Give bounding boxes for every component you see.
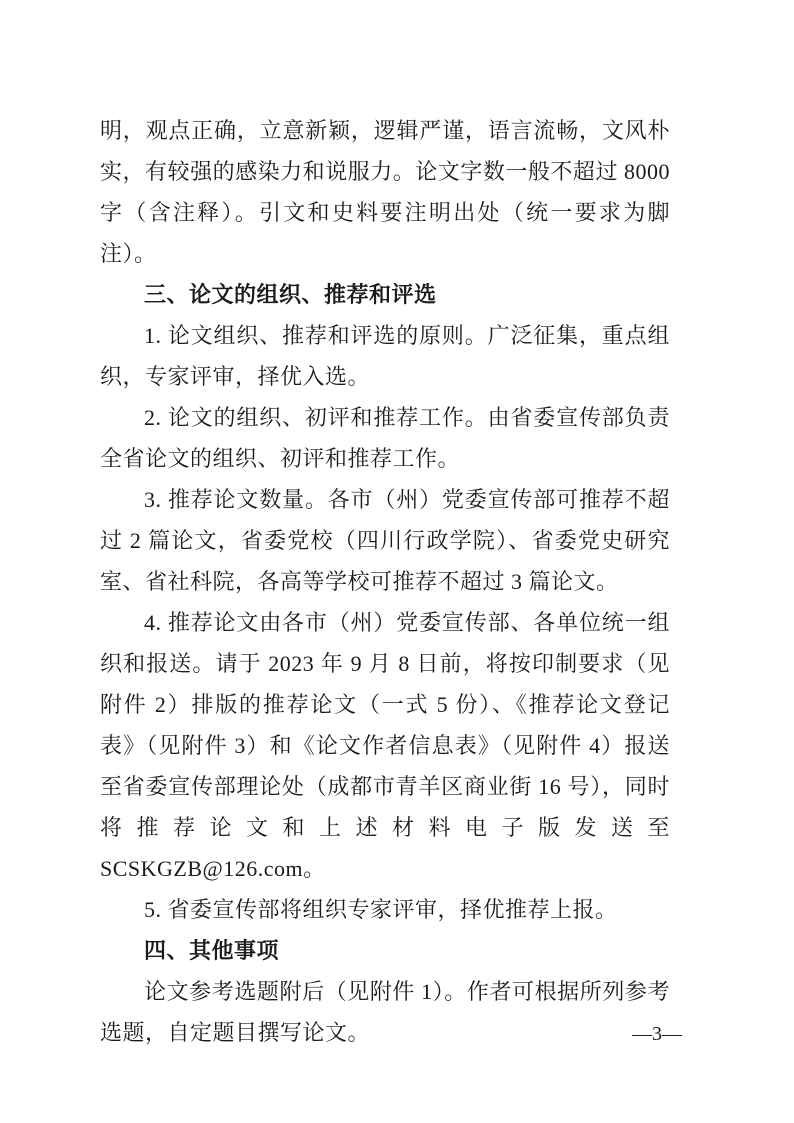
paragraph-item-1-principles: 1. 论文组织、推荐和评选的原则。广泛征集，重点组织，专家评审，择优入选。 [100,315,670,397]
paragraph-item-2-organization-work: 2. 论文的组织、初评和推荐工作。由省委宣传部负责全省论文的组织、初评和推荐工作… [100,397,670,479]
paragraph-item-5-expert-review: 5. 省委宣传部将组织专家评审，择优推荐上报。 [100,889,670,930]
page-number: —3— [632,1023,682,1046]
paragraph-item-3-quota: 3. 推荐论文数量。各市（州）党委宣传部可推荐不超过 2 篇论文，省委党校（四川… [100,479,670,602]
document-body: 明，观点正确，立意新颖，逻辑严谨，语言流畅，文风朴实，有较强的感染力和说服力。论… [100,110,670,1053]
paragraph-item-4-submission: 4. 推荐论文由各市（州）党委宣传部、各单位统一组织和报送。请于 2023 年 … [100,602,670,889]
paragraph-essay-requirements-continuation: 明，观点正确，立意新颖，逻辑严谨，语言流畅，文风朴实，有较强的感染力和说服力。论… [100,110,670,274]
paragraph-reference-topics: 论文参考选题附后（见附件 1）。作者可根据所列参考选题，自定题目撰写论文。 [100,971,670,1053]
section-heading-4-other-matters: 四、其他事项 [100,930,670,971]
section-heading-3-organization-recommendation-selection: 三、论文的组织、推荐和评选 [100,274,670,315]
document-page: 明，观点正确，立意新颖，逻辑严谨，语言流畅，文风朴实，有较强的感染力和说服力。论… [0,0,794,1123]
